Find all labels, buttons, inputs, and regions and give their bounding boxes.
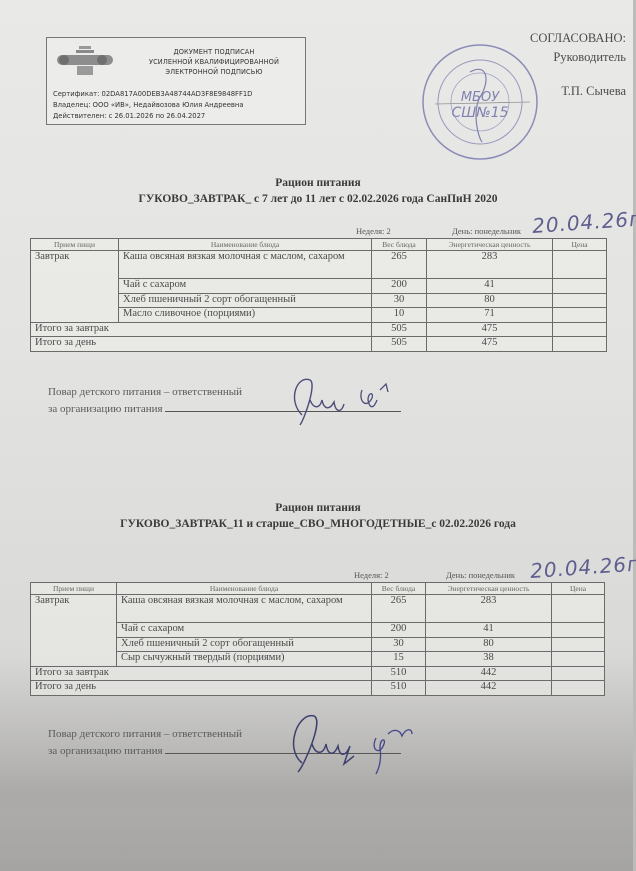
- dish-energy: 41: [426, 623, 552, 638]
- total-label: Итого за завтрак: [31, 322, 372, 337]
- dish-energy: 38: [426, 652, 552, 667]
- table-row: Завтрак Каша овсяная вязкая молочная с м…: [31, 251, 607, 279]
- section-1-handwritten-date: 20.04.26г,: [531, 206, 636, 238]
- svg-text:СШ№15: СШ№15: [451, 105, 508, 121]
- total-energy: 475: [427, 322, 553, 337]
- cook-line-2: за организацию питания: [48, 745, 163, 757]
- dish-energy: 283: [427, 251, 553, 279]
- total-row-day: Итого за день 505 475: [31, 337, 607, 352]
- dish-weight: 265: [372, 251, 427, 279]
- section-2-title: Рацион питания: [0, 502, 636, 514]
- dish-name: Сыр сычужный твердый (порциями): [117, 652, 372, 667]
- section-2-week: Неделя: 2: [354, 570, 389, 580]
- section-1-title: Рацион питания: [0, 177, 636, 189]
- table-row: Чай с сахаром 200 41: [31, 623, 605, 638]
- dish-weight: 15: [372, 652, 426, 667]
- header-meal: Прием пищи: [31, 583, 117, 595]
- company-logo-icon: [55, 44, 115, 78]
- approval-position: Руководитель: [553, 50, 626, 65]
- meal-cell: Завтрак: [31, 595, 117, 667]
- dish-price: [553, 279, 607, 294]
- table-row: Сыр сычужный твердый (порциями) 15 38: [31, 652, 605, 667]
- total-weight: 510: [372, 681, 426, 696]
- e-signature-certificate: ДОКУМЕНТ ПОДПИСАН УСИЛЕННОЙ КВАЛИФИЦИРОВ…: [46, 37, 306, 125]
- heading-line-3: ЭЛЕКТРОННОЙ ПОДПИСЬЮ: [129, 67, 299, 77]
- total-label: Итого за день: [31, 681, 372, 696]
- total-label: Итого за день: [31, 337, 372, 352]
- header-price: Цена: [552, 583, 605, 595]
- total-label: Итого за завтрак: [31, 666, 372, 681]
- dish-price: [553, 308, 607, 323]
- total-price: [553, 337, 607, 352]
- total-row-breakfast: Итого за завтрак 510 442: [31, 666, 605, 681]
- handwritten-signature-icon: [280, 708, 430, 778]
- dish-weight: 265: [372, 595, 426, 623]
- header-dish-name: Наименование блюда: [119, 239, 372, 251]
- heading-line-2: УСИЛЕННОЙ КВАЛИФИЦИРОВАННОЙ: [129, 57, 299, 67]
- certificate-number: Сертификат: 02DA817A00DEB3A48744AD3F8E98…: [53, 89, 252, 100]
- section-1-subtitle: ГУКОВО_ЗАВТРАК_ с 7 лет до 11 лет с 02.0…: [0, 193, 636, 205]
- header-weight: Вес блюда: [372, 239, 427, 251]
- dish-name: Масло сливочное (порциями): [119, 308, 372, 323]
- section-2-subtitle: ГУКОВО_ЗАВТРАК_11 и старше_СВО_МНОГОДЕТН…: [0, 518, 636, 530]
- header-dish-name: Наименование блюда: [117, 583, 372, 595]
- dish-name: Каша овсяная вязкая молочная с маслом, с…: [119, 251, 372, 279]
- total-weight: 510: [372, 666, 426, 681]
- dish-price: [552, 595, 605, 623]
- approval-label: СОГЛАСОВАНО:: [530, 31, 626, 46]
- dish-weight: 10: [372, 308, 427, 323]
- dish-energy: 80: [427, 293, 553, 308]
- header-weight: Вес блюда: [372, 583, 426, 595]
- dish-energy: 41: [427, 279, 553, 294]
- total-price: [552, 666, 605, 681]
- official-stamp-icon: МБОУ СШ№15: [420, 42, 540, 162]
- dish-name: Чай с сахаром: [119, 279, 372, 294]
- approval-name: Т.П. Сычева: [561, 84, 626, 99]
- heading-line-1: ДОКУМЕНТ ПОДПИСАН: [129, 47, 299, 57]
- meal-cell: Завтрак: [31, 251, 119, 323]
- total-energy: 442: [426, 681, 552, 696]
- section-1-day: День: понедельник: [452, 226, 521, 236]
- total-weight: 505: [372, 337, 427, 352]
- paper-shadow: [0, 775, 636, 871]
- dish-energy: 283: [426, 595, 552, 623]
- dish-price: [552, 652, 605, 667]
- total-weight: 505: [372, 322, 427, 337]
- table-header-row: Прием пищи Наименование блюда Вес блюда …: [31, 239, 607, 251]
- cook-line-2: за организацию питания: [48, 403, 163, 415]
- certificate-heading: ДОКУМЕНТ ПОДПИСАН УСИЛЕННОЙ КВАЛИФИЦИРОВ…: [129, 47, 299, 77]
- section-1-menu-table: Прием пищи Наименование блюда Вес блюда …: [30, 238, 607, 352]
- dish-name: Чай с сахаром: [117, 623, 372, 638]
- dish-price: [553, 251, 607, 279]
- header-energy: Энергетическая ценность: [427, 239, 553, 251]
- dish-price: [553, 293, 607, 308]
- header-meal: Прием пищи: [31, 239, 119, 251]
- table-row: Хлеб пшеничный 2 сорт обогащенный 30 80: [31, 637, 605, 652]
- dish-price: [552, 637, 605, 652]
- total-price: [553, 322, 607, 337]
- certificate-owner: Владелец: ООО «ИВ», Недайвозова Юлия Анд…: [53, 100, 252, 111]
- total-energy: 442: [426, 666, 552, 681]
- dish-weight: 200: [372, 279, 427, 294]
- dish-weight: 200: [372, 623, 426, 638]
- table-row: Завтрак Каша овсяная вязкая молочная с м…: [31, 595, 605, 623]
- total-row-day: Итого за день 510 442: [31, 681, 605, 696]
- total-price: [552, 681, 605, 696]
- dish-price: [552, 623, 605, 638]
- dish-weight: 30: [372, 637, 426, 652]
- section-2-handwritten-date: 20.04.26г,: [529, 551, 636, 583]
- header-energy: Энергетическая ценность: [426, 583, 552, 595]
- dish-name: Хлеб пшеничный 2 сорт обогащенный: [117, 637, 372, 652]
- section-1-week: Неделя: 2: [356, 226, 391, 236]
- dish-name: Каша овсяная вязкая молочная с маслом, с…: [117, 595, 372, 623]
- handwritten-signature-icon: [282, 370, 412, 430]
- dish-energy: 71: [427, 308, 553, 323]
- section-2-menu-table: Прием пищи Наименование блюда Вес блюда …: [30, 582, 605, 696]
- dish-weight: 30: [372, 293, 427, 308]
- table-header-row: Прием пищи Наименование блюда Вес блюда …: [31, 583, 605, 595]
- total-energy: 475: [427, 337, 553, 352]
- dish-name: Хлеб пшеничный 2 сорт обогащенный: [119, 293, 372, 308]
- dish-energy: 80: [426, 637, 552, 652]
- header-price: Цена: [553, 239, 607, 251]
- section-2-day: День: понедельник: [446, 570, 515, 580]
- certificate-validity: Действителен: с 26.01.2026 по 26.04.2027: [53, 111, 252, 122]
- total-row-breakfast: Итого за завтрак 505 475: [31, 322, 607, 337]
